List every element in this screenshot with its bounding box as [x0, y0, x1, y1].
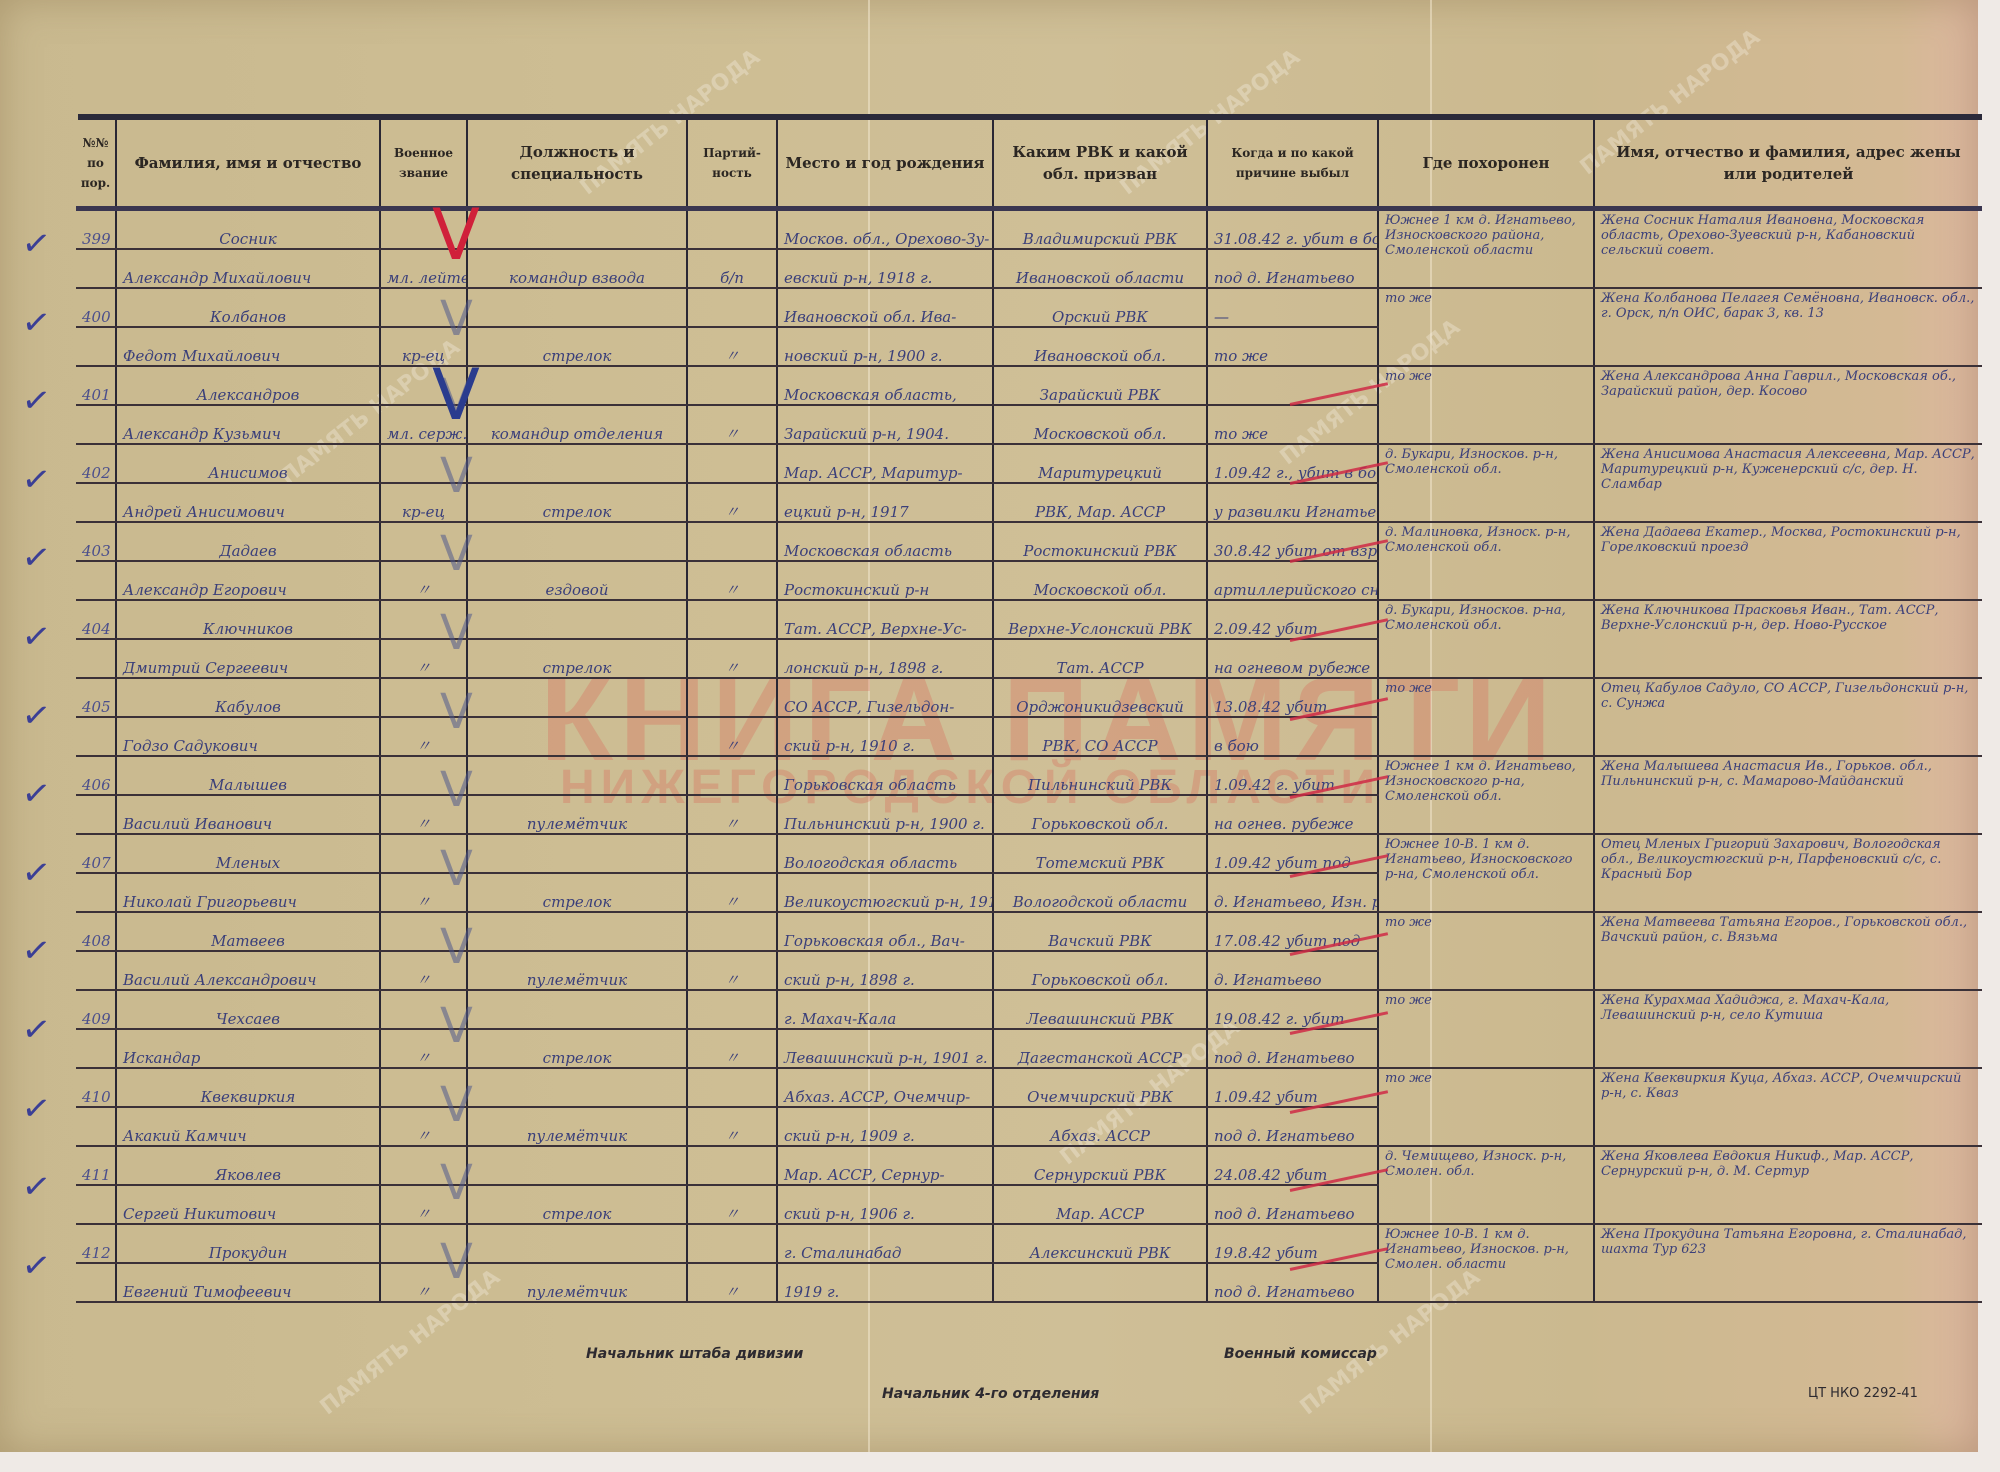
given-names: Александр Егорович [116, 561, 380, 600]
record-number-spacer [76, 405, 116, 444]
fate-line2: на огнев. рубеже [1207, 795, 1378, 834]
record-number: 410 [76, 1068, 116, 1107]
position-line1 [467, 209, 687, 250]
birth-line1: Вологодская область [777, 834, 993, 873]
birth-line1: Московская область, [777, 366, 993, 405]
next-of-kin: Жена Ключникова Прасковья Иван., Тат. АС… [1594, 600, 1982, 678]
fate-line2: д. Игнатьево, Изн. р-н [1207, 873, 1378, 912]
record-number-spacer [76, 1029, 116, 1068]
header-party: Партий-ность [687, 120, 777, 209]
position: командир взвода [467, 249, 687, 288]
burial-place: то же [1378, 1068, 1594, 1146]
fate-line1: 1.09.42 убит под [1207, 834, 1378, 873]
surname: Дадаев [116, 522, 380, 561]
given-names: Василий Александрович [116, 951, 380, 990]
birth-line1: Тат. АССР, Верхне-Ус- [777, 600, 993, 639]
conscription-line2: Московской обл. [993, 561, 1207, 600]
next-of-kin: Жена Анисимова Анастасия Алексеевна, Мар… [1594, 444, 1982, 522]
table-row: 401АлександровМосковская область,Зарайск… [76, 366, 1982, 405]
surname: Ключников [116, 600, 380, 639]
next-of-kin: Отец Кабулов Садуло, СО АССР, Гизельдонс… [1594, 678, 1982, 756]
position-line1 [467, 288, 687, 327]
review-check-icon: ✓ [19, 615, 53, 659]
record-number: 401 [76, 366, 116, 405]
burial-place: то же [1378, 678, 1594, 756]
position-line1 [467, 756, 687, 795]
fate-line2: то же [1207, 327, 1378, 366]
birth-line2: лонский р-н, 1898 г. [777, 639, 993, 678]
record-number-spacer [76, 1263, 116, 1302]
fate-line1: 30.8.42 убит от взрыва [1207, 522, 1378, 561]
party-membership: б/п [687, 249, 777, 288]
party-line1 [687, 288, 777, 327]
surname: Мленых [116, 834, 380, 873]
party-line1 [687, 600, 777, 639]
record-number: 405 [76, 678, 116, 717]
table-row: 412Прокудинг. СталинабадАлексинский РВК1… [76, 1224, 1982, 1263]
conscription-line2: Горьковской обл. [993, 795, 1207, 834]
conscription-line1: Верхне-Услонский РВК [993, 600, 1207, 639]
grey-check-icon: V [440, 1002, 473, 1050]
conscription-line1: Орский РВК [993, 288, 1207, 327]
birth-line1: Москов. обл., Орехово-Зу- [777, 209, 993, 250]
fate-line2: под д. Игнатьево [1207, 249, 1378, 288]
fate-line1: 1.09.42 г. убит [1207, 756, 1378, 795]
party-membership: 〃 [687, 639, 777, 678]
birth-line2: евский р-н, 1918 г. [777, 249, 993, 288]
burial-place: то же [1378, 366, 1594, 444]
header-number: №№ по пор. [76, 120, 116, 209]
record-number-spacer [76, 249, 116, 288]
fate-line2: у развилки Игнатьево, Износк. р., Смол. … [1207, 483, 1378, 522]
birth-line1: Мар. АССР, Маритур- [777, 444, 993, 483]
position-line1 [467, 522, 687, 561]
position: стрелок [467, 1185, 687, 1224]
position-line1 [467, 912, 687, 951]
party-membership: 〃 [687, 327, 777, 366]
burial-place: д. Малиновка, Износк. р-н, Смоленской об… [1378, 522, 1594, 600]
given-names: Дмитрий Сергеевич [116, 639, 380, 678]
position: стрелок [467, 327, 687, 366]
review-check-icon: ✓ [19, 222, 53, 266]
burial-place: д. Букари, Износков. р-на, Смоленской об… [1378, 600, 1594, 678]
surname: Колбанов [116, 288, 380, 327]
grey-check-icon: V [440, 295, 473, 343]
record-number: 412 [76, 1224, 116, 1263]
next-of-kin: Жена Колбанова Пелагея Семёновна, Иванов… [1594, 288, 1982, 366]
birth-line2: 1919 г. [777, 1263, 993, 1302]
grey-check-icon: V [440, 1081, 473, 1129]
fate-line1: 24.08.42 убит [1207, 1146, 1378, 1185]
fate-line1: 17.08.42 убит под [1207, 912, 1378, 951]
signature-section-chief: Начальник 4-го отделения [882, 1386, 1099, 1402]
header-position: Должность и специальность [467, 120, 687, 209]
conscription-line1: Владимирский РВК [993, 209, 1207, 250]
party-membership: 〃 [687, 1263, 777, 1302]
review-check-icon: ✓ [19, 1244, 53, 1288]
position: командир отделения [467, 405, 687, 444]
birth-line2: Левашинский р-н, 1901 г. [777, 1029, 993, 1068]
surname: Яковлев [116, 1146, 380, 1185]
fate-line1: 31.08.42 г. убит в бою [1207, 209, 1378, 250]
record-number: 407 [76, 834, 116, 873]
fate-line1: — [1207, 288, 1378, 327]
next-of-kin: Жена Дадаева Екатер., Москва, Ростокинск… [1594, 522, 1982, 600]
review-check-icon: ✓ [19, 458, 53, 502]
surname: Малышев [116, 756, 380, 795]
birth-line2: Ростокинский р-н [777, 561, 993, 600]
header-full-name: Фамилия, имя и отчество [116, 120, 380, 209]
record-number: 409 [76, 990, 116, 1029]
party-line1 [687, 1146, 777, 1185]
conscription-line2: Горьковской обл. [993, 951, 1207, 990]
party-membership: 〃 [687, 405, 777, 444]
position: пулемётчик [467, 1107, 687, 1146]
birth-line2: ский р-н, 1910 г. [777, 717, 993, 756]
burial-place: Южнее 1 км д. Игнатьево, Износковского р… [1378, 756, 1594, 834]
party-line1 [687, 1224, 777, 1263]
party-membership: 〃 [687, 795, 777, 834]
record-number: 406 [76, 756, 116, 795]
next-of-kin: Жена Сосник Наталия Ивановна, Московская… [1594, 209, 1982, 289]
birth-line1: Горьковская обл., Вач- [777, 912, 993, 951]
birth-line2: ский р-н, 1906 г. [777, 1185, 993, 1224]
next-of-kin: Жена Яковлева Евдокия Никиф., Мар. АССР,… [1594, 1146, 1982, 1224]
surname: Квеквиркия [116, 1068, 380, 1107]
record-number-spacer [76, 639, 116, 678]
blue-check-icon: V [432, 360, 480, 430]
next-of-kin: Жена Курахмаа Хадиджа, г. Махач-Кала, Ле… [1594, 990, 1982, 1068]
given-names: Николай Григорьевич [116, 873, 380, 912]
review-check-icon: ✓ [19, 379, 53, 423]
form-code: ЦТ НКО 2292-41 [1808, 1386, 1918, 1401]
burial-place: то же [1378, 288, 1594, 366]
fate-line2: д. Игнатьево [1207, 951, 1378, 990]
position-line1 [467, 990, 687, 1029]
conscription-line2: Московской обл. [993, 405, 1207, 444]
conscription-line1: Левашинский РВК [993, 990, 1207, 1029]
fate-line2: в бою [1207, 717, 1378, 756]
conscription-line2: Дагестанской АССР [993, 1029, 1207, 1068]
birth-line1: Мар. АССР, Сернур- [777, 1146, 993, 1185]
birth-line2: ский р-н, 1898 г. [777, 951, 993, 990]
birth-line2: новский р-н, 1900 г. [777, 327, 993, 366]
position-line1 [467, 366, 687, 405]
position: стрелок [467, 483, 687, 522]
party-line1 [687, 522, 777, 561]
review-check-icon: ✓ [19, 537, 53, 581]
review-check-icon: ✓ [19, 772, 53, 816]
position-line1 [467, 600, 687, 639]
record-number-spacer [76, 873, 116, 912]
birth-line2: Пильнинский р-н, 1900 г. [777, 795, 993, 834]
given-names: Сергей Никитович [116, 1185, 380, 1224]
party-membership: 〃 [687, 873, 777, 912]
conscription-line2: Мар. АССР [993, 1185, 1207, 1224]
fate-line1: 1.09.42 убит [1207, 1068, 1378, 1107]
given-names: Александр Кузьмич [116, 405, 380, 444]
table-row: 406МалышевГорьковская областьПильнинский… [76, 756, 1982, 795]
surname: Прокудин [116, 1224, 380, 1263]
position: ездовой [467, 561, 687, 600]
table-row: 405КабуловСО АССР, Гизельдон-Орджоникидз… [76, 678, 1982, 717]
grey-check-icon: V [440, 609, 473, 657]
birth-line1: г. Махач-Кала [777, 990, 993, 1029]
party-line1 [687, 209, 777, 250]
conscription-line1: Зарайский РВК [993, 366, 1207, 405]
signature-military-commissar: Военный комиссар [1224, 1346, 1377, 1362]
position-line1 [467, 1224, 687, 1263]
conscription-line1: Тотемский РВК [993, 834, 1207, 873]
birth-line1: Горьковская область [777, 756, 993, 795]
next-of-kin: Жена Прокудина Татьяна Егоровна, г. Стал… [1594, 1224, 1982, 1302]
record-number: 403 [76, 522, 116, 561]
record-number: 399 [76, 209, 116, 250]
given-names: Александр Михайлович [116, 249, 380, 288]
conscription-line2 [993, 1263, 1207, 1302]
fate-line1: 13.08.42 убит [1207, 678, 1378, 717]
table-row: 409Чехсаевг. Махач-КалаЛевашинский РВК19… [76, 990, 1982, 1029]
position-line1 [467, 1146, 687, 1185]
position: стрелок [467, 639, 687, 678]
party-membership: 〃 [687, 1029, 777, 1068]
record-number-spacer [76, 795, 116, 834]
grey-check-icon: V [440, 845, 473, 893]
birth-line2: Зарайский р-н, 1904. [777, 405, 993, 444]
position-line1 [467, 678, 687, 717]
conscription-line1: Ростокинский РВК [993, 522, 1207, 561]
fate-line1: 1.09.42 г., убит в бою [1207, 444, 1378, 483]
birth-line2: Великоустюгский р-н, 1914 [777, 873, 993, 912]
surname: Анисимов [116, 444, 380, 483]
birth-line2: ский р-н, 1909 г. [777, 1107, 993, 1146]
surname: Матвеев [116, 912, 380, 951]
conscription-line1: Пильнинский РВК [993, 756, 1207, 795]
grey-check-icon: V [440, 923, 473, 971]
surname: Александров [116, 366, 380, 405]
table-row: 403ДадаевМосковская областьРостокинский … [76, 522, 1982, 561]
position-line1 [467, 1068, 687, 1107]
conscription-line1: Алексинский РВК [993, 1224, 1207, 1263]
conscription-line1: Орджоникидзевский [993, 678, 1207, 717]
grey-check-icon: V [440, 1159, 473, 1207]
burial-place: то же [1378, 990, 1594, 1068]
signature-chief-of-staff: Начальник штаба дивизии [586, 1346, 803, 1362]
birth-line1: СО АССР, Гизельдон- [777, 678, 993, 717]
given-names: Федот Михайлович [116, 327, 380, 366]
burial-place: Южнее 10-В. 1 км д. Игнатьево, Износковс… [1378, 834, 1594, 912]
review-check-icon: ✓ [19, 301, 53, 345]
record-number: 408 [76, 912, 116, 951]
table-row: 404КлючниковТат. АССР, Верхне-Ус-Верхне-… [76, 600, 1982, 639]
party-membership: 〃 [687, 1185, 777, 1224]
grey-check-icon: V [440, 688, 473, 736]
next-of-kin: Жена Квеквиркия Куца, Абхаз. АССР, Очемч… [1594, 1068, 1982, 1146]
grey-check-icon: V [440, 1238, 473, 1286]
record-number-spacer [76, 1185, 116, 1224]
fate-line2: под д. Игнатьево [1207, 1029, 1378, 1068]
given-names: Василий Иванович [116, 795, 380, 834]
grey-check-icon: V [440, 530, 473, 578]
position-line1 [467, 834, 687, 873]
burial-place: д. Чемищево, Износк. р-н, Смолен. обл. [1378, 1146, 1594, 1224]
party-membership: 〃 [687, 483, 777, 522]
review-check-icon: ✓ [19, 1165, 53, 1209]
red-check-icon: V [432, 200, 480, 270]
given-names: Годзо Садукович [116, 717, 380, 756]
conscription-line2: Абхаз. АССР [993, 1107, 1207, 1146]
review-check-icon: ✓ [19, 930, 53, 974]
fate-line1: 2.09.42 убит [1207, 600, 1378, 639]
conscription-line2: Вологодской области [993, 873, 1207, 912]
party-line1 [687, 1068, 777, 1107]
given-names: Евгений Тимофеевич [116, 1263, 380, 1302]
record-number-spacer [76, 717, 116, 756]
record-number-spacer [76, 561, 116, 600]
conscription-line2: Тат. АССР [993, 639, 1207, 678]
conscription-line1: Очемчирский РВК [993, 1068, 1207, 1107]
conscription-line2: РВК, СО АССР [993, 717, 1207, 756]
fate-line1: 19.08.42 г. убит [1207, 990, 1378, 1029]
table-row: 408МатвеевГорьковская обл., Вач-Вачский … [76, 912, 1982, 951]
position-line1 [467, 444, 687, 483]
fate-line2: артиллерийского снаряда [1207, 561, 1378, 600]
party-line1 [687, 444, 777, 483]
fate-line2: то же [1207, 405, 1378, 444]
surname: Чехсаев [116, 990, 380, 1029]
review-check-icon: ✓ [19, 1008, 53, 1052]
header-fate: Когда и по какой причине выбыл [1207, 120, 1378, 209]
record-number-spacer [76, 1107, 116, 1146]
burial-place: д. Букари, Износков. р-н, Смоленской обл… [1378, 444, 1594, 522]
burial-place: Южнее 10-В. 1 км д. Игнатьево, Износков.… [1378, 1224, 1594, 1302]
header-next-of-kin: Имя, отчество и фамилия, адрес жены или … [1594, 120, 1982, 209]
party-line1 [687, 834, 777, 873]
burial-place: Южнее 1 км д. Игнатьево, Износковского р… [1378, 209, 1594, 289]
birth-line1: Ивановской обл. Ива- [777, 288, 993, 327]
conscription-line2: РВК, Мар. АССР [993, 483, 1207, 522]
conscription-line2: Ивановской области [993, 249, 1207, 288]
record-number: 400 [76, 288, 116, 327]
given-names: Андрей Анисимович [116, 483, 380, 522]
party-line1 [687, 990, 777, 1029]
party-line1 [687, 912, 777, 951]
position: стрелок [467, 873, 687, 912]
grey-check-icon: V [440, 452, 473, 500]
party-membership: 〃 [687, 717, 777, 756]
birth-line1: Московская область [777, 522, 993, 561]
given-names: Искандар [116, 1029, 380, 1068]
next-of-kin: Отец Мленых Григорий Захарович, Вологодс… [1594, 834, 1982, 912]
party-line1 [687, 756, 777, 795]
record-number: 404 [76, 600, 116, 639]
conscription-line1: Вачский РВК [993, 912, 1207, 951]
header-conscription: Каким РВК и какой обл. призван [993, 120, 1207, 209]
party-membership: 〃 [687, 1107, 777, 1146]
header-birth: Место и год рождения [777, 120, 993, 209]
table-row: 407МленыхВологодская областьТотемский РВ… [76, 834, 1982, 873]
record-number-spacer [76, 327, 116, 366]
table-row: 410КвеквиркияАбхаз. АССР, Очемчир-Очемчи… [76, 1068, 1982, 1107]
burial-place: то же [1378, 912, 1594, 990]
birth-line1: г. Сталинабад [777, 1224, 993, 1263]
record-number: 411 [76, 1146, 116, 1185]
position: стрелок [467, 1029, 687, 1068]
conscription-line1: Маритурецкий [993, 444, 1207, 483]
surname: Кабулов [116, 678, 380, 717]
record-number-spacer [76, 483, 116, 522]
surname: Сосник [116, 209, 380, 250]
birth-line1: Абхаз. АССР, Очемчир- [777, 1068, 993, 1107]
review-check-icon: ✓ [19, 694, 53, 738]
table-row: 402АнисимовМар. АССР, Маритур-Маритурецк… [76, 444, 1982, 483]
table-row: 411ЯковлевМар. АССР, Сернур-Сернурский Р… [76, 1146, 1982, 1185]
table-header-row: №№ по пор. Фамилия, имя и отчество Военн… [76, 120, 1982, 209]
record-number: 402 [76, 444, 116, 483]
review-check-icon: ✓ [19, 851, 53, 895]
review-check-icon: ✓ [19, 1087, 53, 1131]
next-of-kin: Жена Малышева Анастасия Ив., Горьков. об… [1594, 756, 1982, 834]
position: пулемётчик [467, 951, 687, 990]
grey-check-icon: V [440, 766, 473, 814]
party-line1 [687, 678, 777, 717]
next-of-kin: Жена Матвеева Татьяна Егоров., Горьковск… [1594, 912, 1982, 990]
header-burial: Где похоронен [1378, 120, 1594, 209]
given-names: Акакий Камчич [116, 1107, 380, 1146]
casualty-table: №№ по пор. Фамилия, имя и отчество Военн… [76, 120, 1982, 1303]
table-row: 399СосникМосков. обл., Орехово-Зу-Владим… [76, 209, 1982, 250]
party-membership: 〃 [687, 951, 777, 990]
record-number-spacer [76, 951, 116, 990]
conscription-line1: Сернурский РВК [993, 1146, 1207, 1185]
party-line1 [687, 366, 777, 405]
next-of-kin: Жена Александрова Анна Гаврил., Московск… [1594, 366, 1982, 444]
conscription-line2: Ивановской обл. [993, 327, 1207, 366]
position: пулемётчик [467, 795, 687, 834]
fate-line2: на огневом рубеже [1207, 639, 1378, 678]
fate-line1 [1207, 366, 1378, 405]
birth-line2: ецкий р-н, 1917 [777, 483, 993, 522]
party-membership: 〃 [687, 561, 777, 600]
position: пулемётчик [467, 1263, 687, 1302]
position [467, 717, 687, 756]
table-row: 400КолбановИвановской обл. Ива-Орский РВ… [76, 288, 1982, 327]
